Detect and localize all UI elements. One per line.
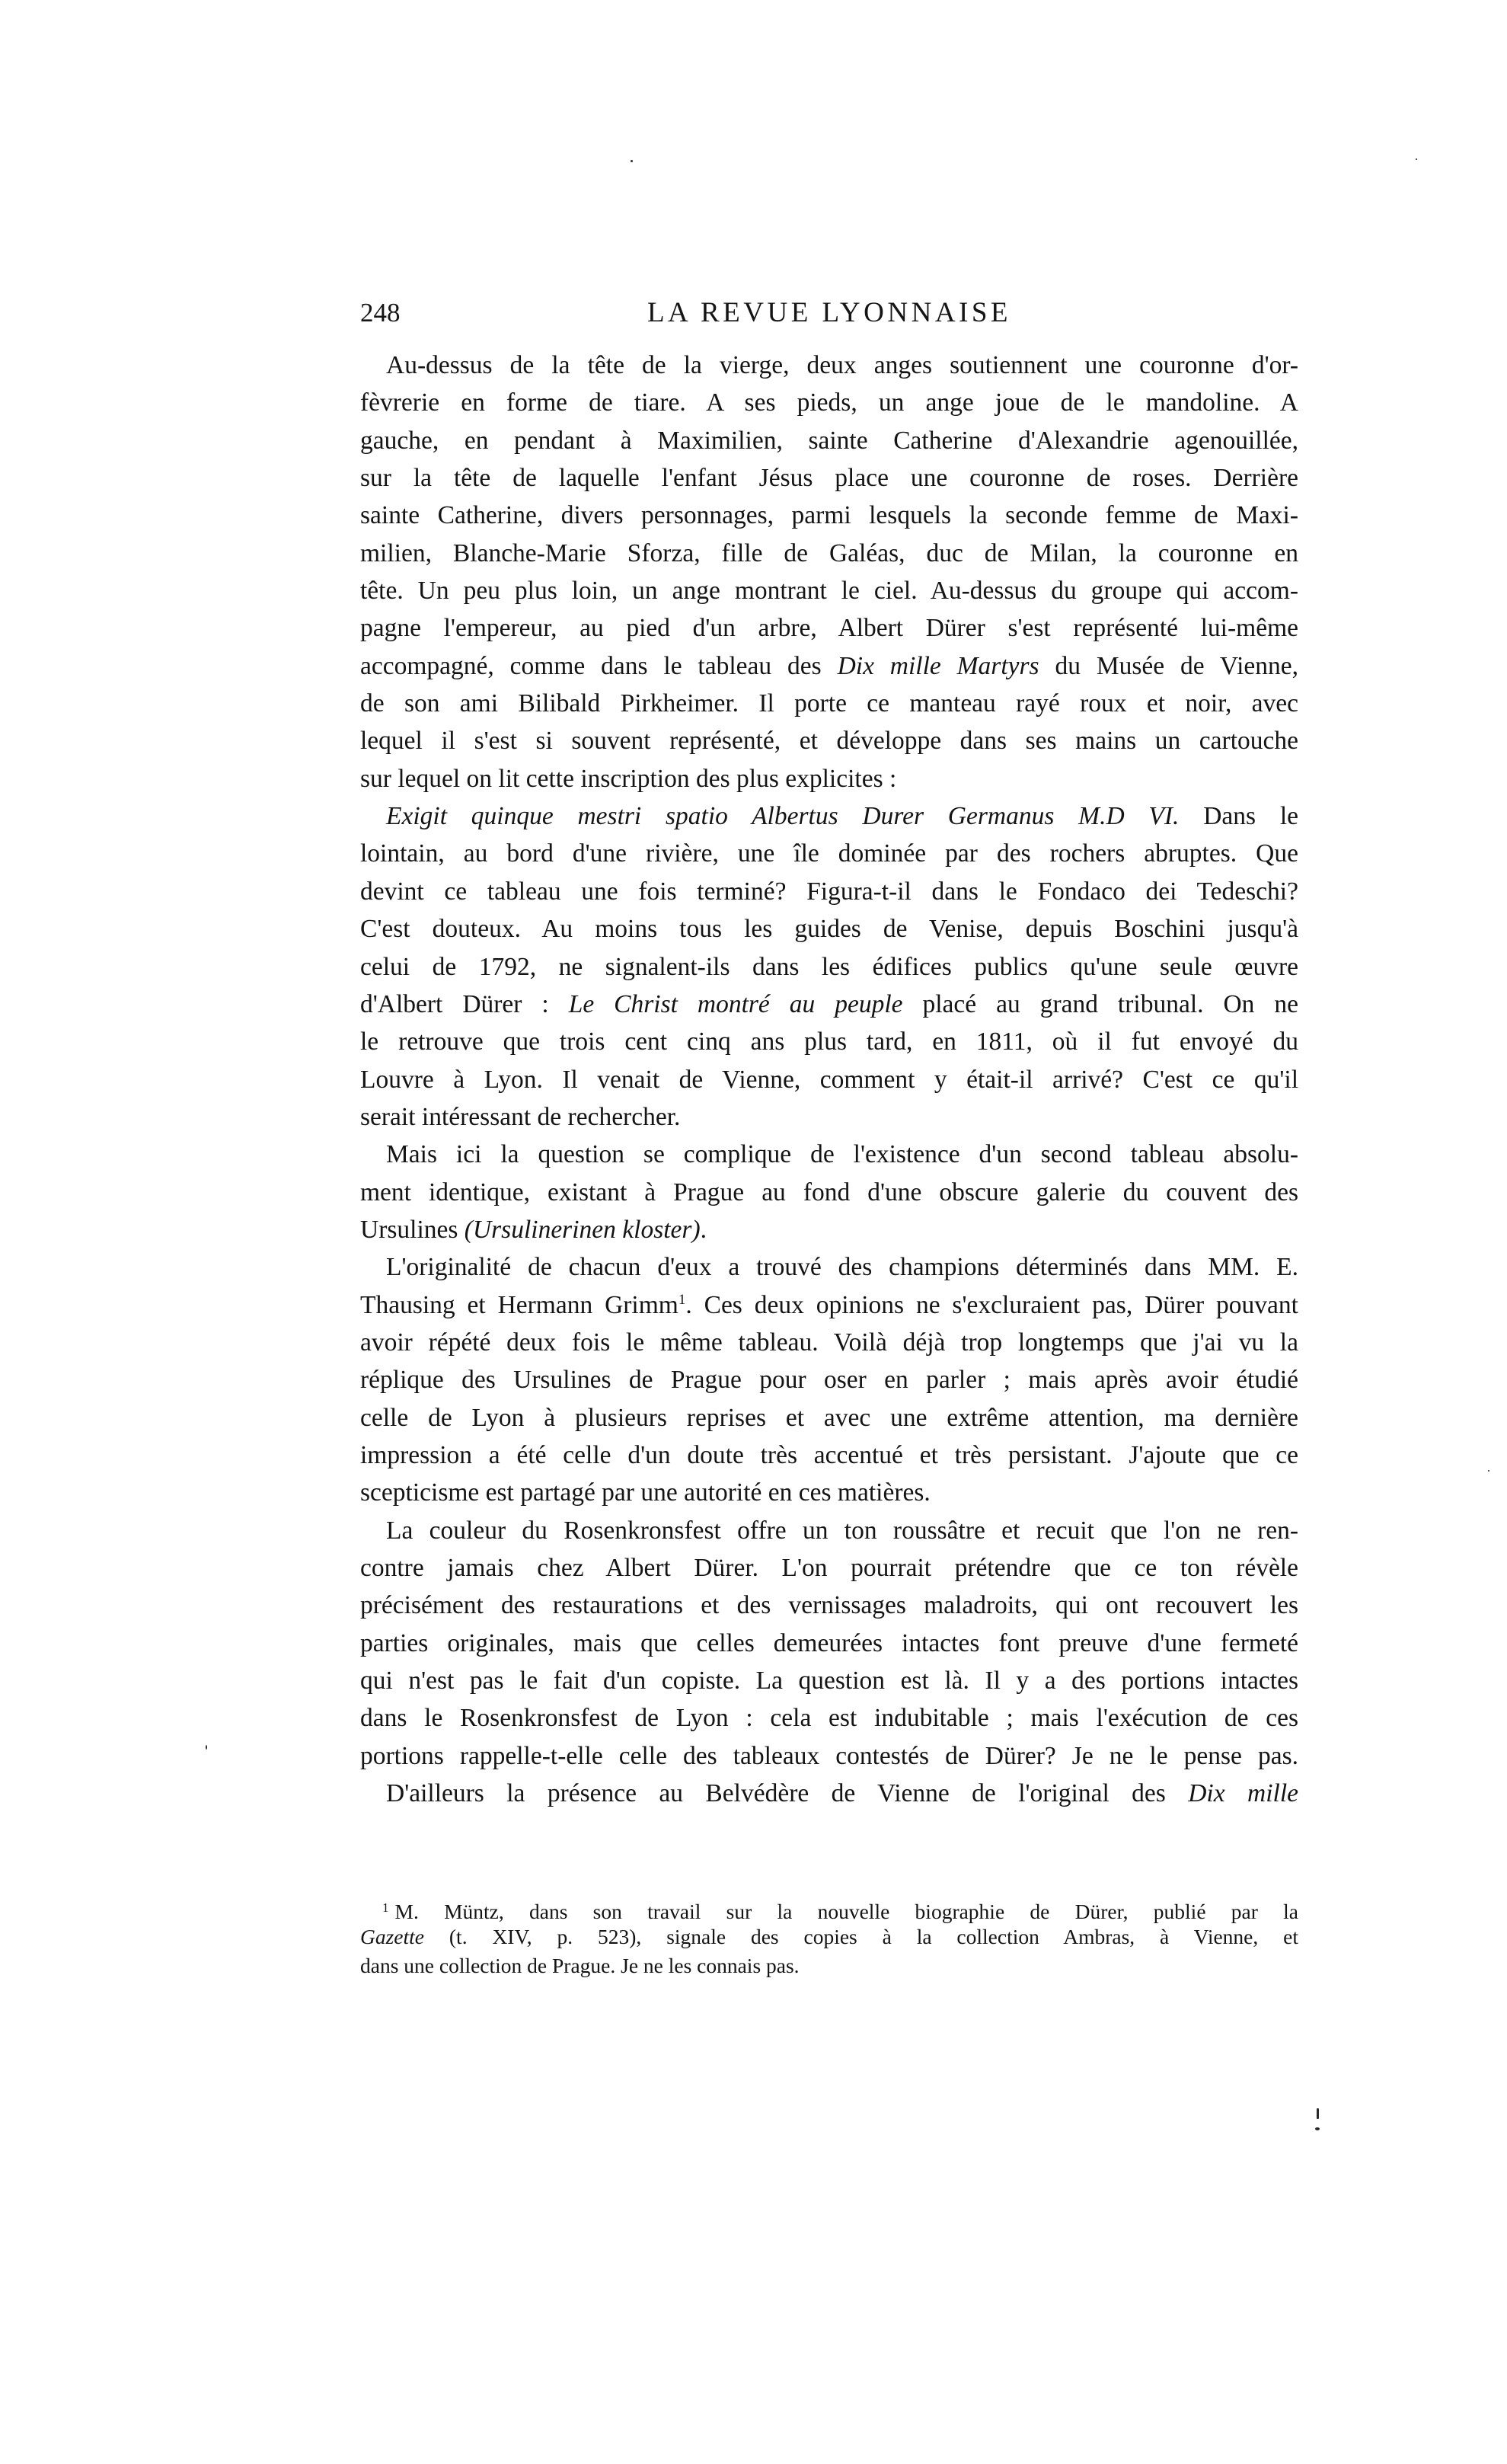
scan-speck xyxy=(1488,1470,1489,1472)
text-segment: gauche, en pendant à Maximilien, sainte … xyxy=(360,427,1298,455)
text-line: portions rappelle-t-elle celle des table… xyxy=(360,1737,1298,1775)
text-segment: lointain, au bord d'une rivière, une île… xyxy=(360,839,1298,868)
text-line: L'originalité de chacun d'eux a trouvé d… xyxy=(360,1248,1298,1286)
text-segment: sur la tête de laquelle l'enfant Jésus p… xyxy=(360,464,1298,492)
italic-text: Le Christ montré au peuple xyxy=(569,990,903,1018)
scan-speck xyxy=(1315,2127,1320,2130)
text-segment: pagne l'empereur, au pied d'un arbre, Al… xyxy=(360,614,1298,642)
text-line: avoir répété deux fois le même tableau. … xyxy=(360,1324,1298,1361)
text-segment: tête. Un peu plus loin, un ange montrant… xyxy=(360,577,1298,605)
text-segment: Dans le xyxy=(1179,802,1298,830)
text-line: Thausing et Hermann Grimm1. Ces deux opi… xyxy=(360,1286,1298,1324)
text-line: ment identique, existant à Prague au fon… xyxy=(360,1174,1298,1211)
text-segment: Au-dessus de la tête de la vierge, deux … xyxy=(386,351,1298,379)
text-line: dans le Rosenkronsfest de Lyon : cela es… xyxy=(360,1699,1298,1737)
italic-text: Gazette xyxy=(360,1925,424,1948)
text-segment: précisément des restaurations et des ver… xyxy=(360,1591,1298,1619)
text-line: milien, Blanche-Marie Sforza, fille de G… xyxy=(360,535,1298,572)
text-segment: Mais ici la question se complique de l'e… xyxy=(386,1140,1298,1168)
text-segment: scepticisme est partagé par une autorité… xyxy=(360,1478,931,1507)
text-line: D'ailleurs la présence au Belvédère de V… xyxy=(360,1775,1298,1812)
text-line: contre jamais chez Albert Dürer. L'on po… xyxy=(360,1549,1298,1587)
text-segment: réplique des Ursulines de Prague pour os… xyxy=(360,1366,1298,1394)
scan-speck xyxy=(206,1745,207,1750)
footnote-marker: 1 xyxy=(382,1900,389,1915)
text-line: Au-dessus de la tête de la vierge, deux … xyxy=(360,347,1298,384)
text-segment: impression a été celle d'un doute très a… xyxy=(360,1441,1298,1469)
text-segment: (t. XIV, p. 523), signale des copies à l… xyxy=(424,1925,1298,1948)
text-line: fèvrerie en forme de tiare. A ses pieds,… xyxy=(360,384,1298,421)
text-line: celle de Lyon à plusieurs reprises et av… xyxy=(360,1399,1298,1437)
text-line: C'est douteux. Au moins tous les guides … xyxy=(360,910,1298,948)
text-segment: parties originales, mais que celles deme… xyxy=(360,1629,1298,1657)
journal-title: LA REVUE LYONNAISE xyxy=(360,294,1298,332)
text-line: précisément des restaurations et des ver… xyxy=(360,1587,1298,1624)
text-segment: milien, Blanche-Marie Sforza, fille de G… xyxy=(360,539,1298,567)
text-line: serait intéressant de rechercher. xyxy=(360,1098,1298,1136)
text-line: sainte Catherine, divers personnages, pa… xyxy=(360,497,1298,534)
text-line: accompagné, comme dans le tableau des Di… xyxy=(360,647,1298,685)
text-segment: sur lequel on lit cette inscription des … xyxy=(360,765,896,793)
text-segment: sainte Catherine, divers personnages, pa… xyxy=(360,501,1298,529)
text-segment: lequel il s'est si souvent représenté, e… xyxy=(360,727,1298,755)
text-segment: devint ce tableau une fois terminé? Figu… xyxy=(360,877,1298,906)
text-line: d'Albert Dürer : Le Christ montré au peu… xyxy=(360,986,1298,1023)
text-segment: qui n'est pas le fait d'un copiste. La q… xyxy=(360,1667,1298,1695)
text-segment: celui de 1792, ne signalent-ils dans les… xyxy=(360,953,1298,981)
text-segment: le retrouve que trois cent cinq ans plus… xyxy=(360,1027,1298,1056)
text-segment: dans une collection de Prague. Je ne les… xyxy=(360,1954,800,1977)
text-segment: D'ailleurs la présence au Belvédère de V… xyxy=(386,1779,1188,1807)
text-line: Exigit quinque mestri spatio Albertus Du… xyxy=(360,797,1298,835)
text-segment: serait intéressant de rechercher. xyxy=(360,1103,680,1131)
text-segment: du Musée de Vienne, xyxy=(1039,652,1298,680)
text-line: lequel il s'est si souvent représenté, e… xyxy=(360,722,1298,759)
italic-text: Dix mille xyxy=(1188,1779,1298,1807)
text-segment: accompagné, comme dans le tableau des xyxy=(360,652,838,680)
text-segment: portions rappelle-t-elle celle des table… xyxy=(360,1742,1298,1770)
text-segment: C'est douteux. Au moins tous les guides … xyxy=(360,915,1298,943)
text-segment: M. Müntz, dans son travail sur la nouvel… xyxy=(395,1900,1299,1923)
text-segment: d'Albert Dürer : xyxy=(360,990,569,1018)
text-line: de son ami Bilibald Pirkheimer. Il porte… xyxy=(360,685,1298,722)
footnote-reference: 1 xyxy=(678,1292,686,1308)
text-line: Louvre à Lyon. Il venait de Vienne, comm… xyxy=(360,1061,1298,1098)
text-line: Ursulines (Ursulinerinen kloster). xyxy=(360,1211,1298,1248)
text-line: qui n'est pas le fait d'un copiste. La q… xyxy=(360,1662,1298,1699)
text-segment: dans le Rosenkronsfest de Lyon : cela es… xyxy=(360,1704,1298,1732)
text-line: impression a été celle d'un doute très a… xyxy=(360,1437,1298,1474)
text-line: celui de 1792, ne signalent-ils dans les… xyxy=(360,948,1298,986)
text-segment: avoir répété deux fois le même tableau. … xyxy=(360,1328,1298,1357)
scan-speck xyxy=(1317,2108,1319,2119)
footnote-line: dans une collection de Prague. Je ne les… xyxy=(360,1951,1298,1980)
text-segment: . Ces deux opinions ne s'excluraient pas… xyxy=(685,1291,1298,1319)
book-page: 248 LA REVUE LYONNAISE Au-dessus de la t… xyxy=(0,0,1507,2464)
text-line: scepticisme est partagé par une autorité… xyxy=(360,1474,1298,1511)
text-segment: . xyxy=(701,1216,707,1244)
footnotes: 1M. Müntz, dans son travail sur la nouve… xyxy=(360,1894,1298,1980)
text-segment: L'originalité de chacun d'eux a trouvé d… xyxy=(386,1253,1298,1281)
body-text: Au-dessus de la tête de la vierge, deux … xyxy=(360,347,1298,1812)
text-line: le retrouve que trois cent cinq ans plus… xyxy=(360,1023,1298,1060)
text-segment: contre jamais chez Albert Dürer. L'on po… xyxy=(360,1554,1298,1582)
scan-speck xyxy=(1416,158,1417,160)
text-segment: placé au grand tribunal. On ne xyxy=(903,990,1298,1018)
text-segment: ment identique, existant à Prague au fon… xyxy=(360,1178,1298,1206)
text-segment: Ursulines xyxy=(360,1216,465,1244)
italic-text: Dix mille Martyrs xyxy=(838,652,1039,680)
text-segment: La couleur du Rosenkronsfest offre un to… xyxy=(386,1516,1298,1545)
text-line: devint ce tableau une fois terminé? Figu… xyxy=(360,873,1298,910)
text-line: tête. Un peu plus loin, un ange montrant… xyxy=(360,572,1298,609)
text-line: sur la tête de laquelle l'enfant Jésus p… xyxy=(360,459,1298,497)
text-segment: Louvre à Lyon. Il venait de Vienne, comm… xyxy=(360,1066,1298,1094)
italic-text: Exigit quinque mestri spatio Albertus Du… xyxy=(386,802,1179,830)
text-segment: celle de Lyon à plusieurs reprises et av… xyxy=(360,1404,1298,1432)
text-line: Mais ici la question se complique de l'e… xyxy=(360,1136,1298,1173)
text-line: pagne l'empereur, au pied d'un arbre, Al… xyxy=(360,609,1298,647)
scan-speck xyxy=(631,160,633,162)
footnote-line: Gazette (t. XIV, p. 523), signale des co… xyxy=(360,1922,1298,1951)
text-segment: de son ami Bilibald Pirkheimer. Il porte… xyxy=(360,689,1298,717)
text-line: La couleur du Rosenkronsfest offre un to… xyxy=(360,1512,1298,1549)
text-line: réplique des Ursulines de Prague pour os… xyxy=(360,1361,1298,1398)
text-line: gauche, en pendant à Maximilien, sainte … xyxy=(360,422,1298,459)
italic-text: (Ursulinerinen kloster) xyxy=(465,1216,701,1244)
text-line: lointain, au bord d'une rivière, une île… xyxy=(360,835,1298,872)
text-segment: fèvrerie en forme de tiare. A ses pieds,… xyxy=(360,388,1298,417)
text-line: parties originales, mais que celles deme… xyxy=(360,1625,1298,1662)
footnote-line: 1M. Müntz, dans son travail sur la nouve… xyxy=(360,1894,1298,1922)
text-segment: Thausing et Hermann Grimm xyxy=(360,1291,678,1319)
running-head: 248 LA REVUE LYONNAISE xyxy=(360,294,1298,332)
text-line: sur lequel on lit cette inscription des … xyxy=(360,760,1298,797)
